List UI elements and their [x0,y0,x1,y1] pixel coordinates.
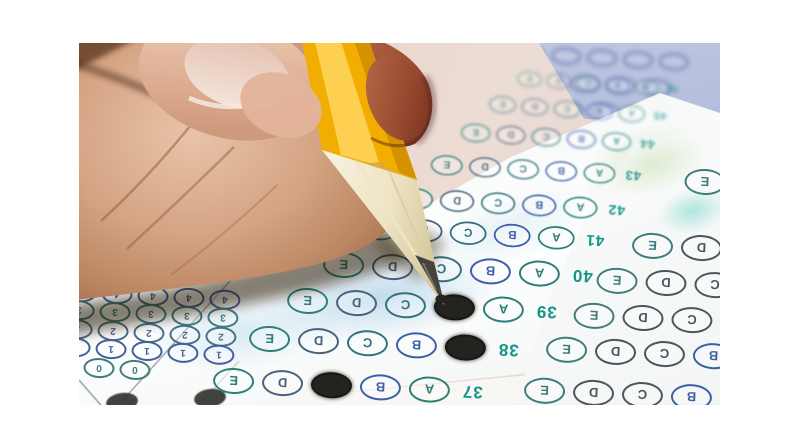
hand-with-pencil [79,43,720,405]
pencil-tip-point [436,295,447,304]
exam-photo: 4444433333222221111100 37ABCDE38ABCDE39A… [79,43,720,405]
page-background: Close-up photograph of a hand holding a … [0,0,800,448]
